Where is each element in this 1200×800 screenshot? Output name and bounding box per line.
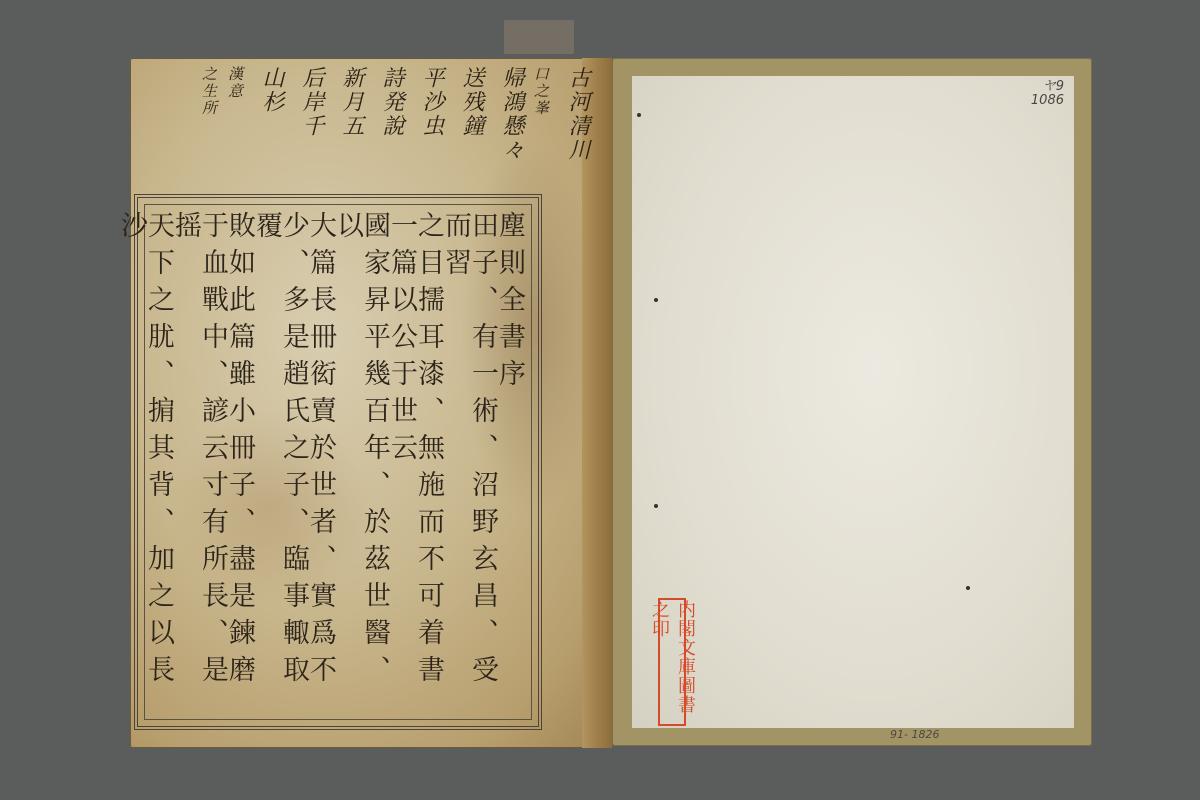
printed-column: 之目擩耳漆、無施而不可着書 (415, 211, 442, 713)
printed-column: 國家昇平幾百年、於茲世醫、以 (334, 211, 388, 713)
handwritten-column: 古河清川 (554, 66, 588, 196)
handwritten-column: 山杉 (248, 66, 282, 196)
printed-column: 田子、有一術、沼野玄昌、受而習 (442, 211, 496, 713)
printed-column: 大篇長冊衒賣於世者、實爲不 (307, 211, 334, 713)
handwritten-column: 口之峯 (528, 66, 548, 196)
handwritten-note: 古河清川 口之峯 帰鴻懸々 送残鐘 平沙虫 詩発說 新月五 后岸千 山杉 漢意 … (148, 66, 588, 196)
accession-number: 91- 1826 (890, 728, 939, 741)
printed-column: 少、多是趙氏之子、臨事輙取覆 (253, 211, 307, 713)
shelf-mark-line: 1086 (1031, 94, 1064, 108)
handwritten-column: 漢意 (222, 66, 242, 196)
handwritten-column: 之生所 (196, 66, 216, 196)
library-seal-stamp: 内閣文庫圖書之印 (658, 598, 686, 726)
endpaper: ヤ9 1086 内閣文庫圖書之印 91- 1826 (632, 76, 1074, 728)
printed-column: 天下之肬、掮其背、加之以長沙 (118, 211, 172, 713)
printed-column: 敗如此篇雖小冊子、盡是鍊磨 (226, 211, 253, 713)
printed-column: 一篇以公于世云 (388, 211, 415, 713)
paper-tab-label (504, 20, 574, 54)
wormhole-dot (654, 298, 658, 302)
handwritten-column: 送残鐘 (448, 66, 482, 196)
handwritten-column: 新月五 (328, 66, 362, 196)
handwritten-column: 后岸千 (288, 66, 322, 196)
printed-column: 塵則全書序 (496, 211, 523, 713)
wormhole-dot (966, 586, 970, 590)
wormhole-dot (654, 504, 658, 508)
handwritten-column: 帰鴻懸々 (488, 66, 522, 196)
printed-column: 于血戰中、諺云寸有所長、是摇 (172, 211, 226, 713)
shelf-mark: ヤ9 1086 (1031, 80, 1064, 109)
wormhole-dot (637, 113, 641, 117)
handwritten-column: 詩発說 (368, 66, 402, 196)
left-page: 古河清川 口之峯 帰鴻懸々 送残鐘 平沙虫 詩発說 新月五 后岸千 山杉 漢意 … (130, 58, 612, 748)
right-cover-board: ヤ9 1086 内閣文庫圖書之印 91- 1826 (612, 58, 1092, 746)
printed-text-frame: 塵則全書序 田子、有一術、沼野玄昌、受而習 之目擩耳漆、無施而不可着書 一篇以公… (134, 194, 542, 730)
handwritten-column: 平沙虫 (408, 66, 442, 196)
shelf-mark-line: ヤ9 (1031, 80, 1064, 94)
